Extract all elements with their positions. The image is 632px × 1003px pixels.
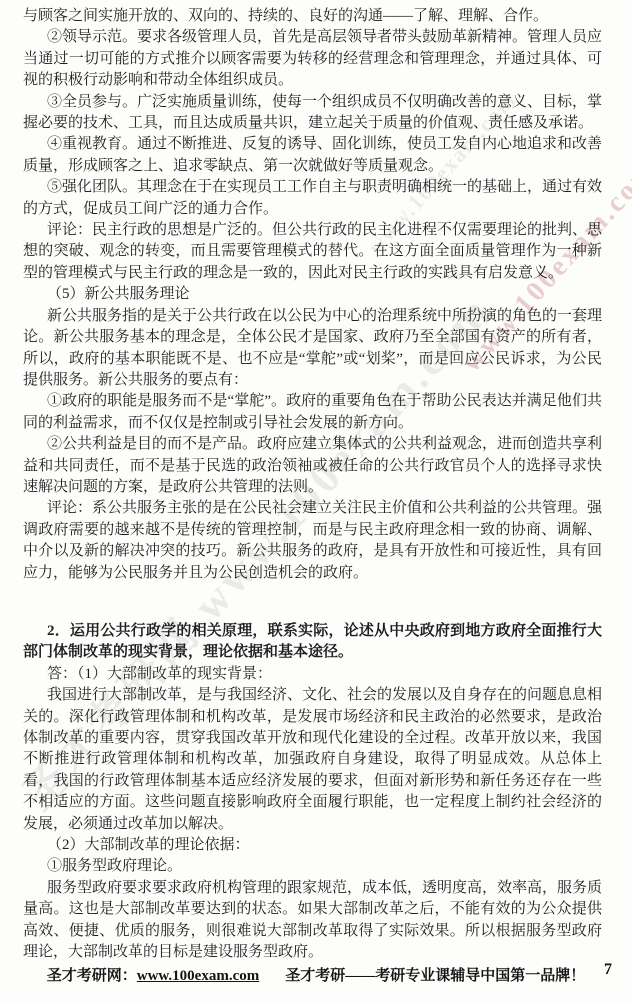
footer-site-url-link[interactable]: www.100exam.com — [137, 968, 259, 984]
document-page: 圣才考研网 www.100exam.com www.100exam.com ww… — [0, 0, 632, 1003]
question-2-heading: 2．运用公共行政学的相关原理，联系实际，论述从中央政府到地方政府全面推行大部门体… — [23, 621, 602, 664]
body-paragraph: ①服务型政府理论。 — [23, 856, 602, 877]
body-paragraph: ④重视教育。通过不断推进、反复的诱导、固化训练，使员工发自内心地追求和改善质量，… — [23, 134, 602, 177]
body-paragraph: ②公共利益是目的而不是产品。政府应建立集体式的公共利益观念，进而创造共享利益和共… — [23, 434, 602, 498]
body-paragraph: 新公共服务指的是关于公共行政在以公民为中心的治理系统中所扮演的角色的一套理论。新… — [23, 306, 602, 392]
body-paragraph: ③全员参与。广泛实施质量训练，使每一个组织成员不仅明确改善的意义、目标，掌握必要… — [23, 92, 602, 135]
body-paragraph: 与顾客之间实施开放的、双向的、持续的、良好的沟通——了解、理解、合作。 — [23, 6, 602, 27]
body-paragraph: ①政府的职能是服务而不是“掌舵”。政府的重要角色在于帮助公民表达并满足他们共同的… — [23, 391, 602, 434]
body-paragraph: 我国进行大部制改革，是与我国经济、文化、社会的发展以及自身存在的问题息息相关的。… — [23, 685, 602, 835]
section-heading: （2）大部制改革的理论依据： — [23, 835, 602, 856]
comment-paragraph: 评论：系公共服务主张的是在公民社会建立关注民主价值和公共利益的公共管理。强调政府… — [23, 498, 602, 584]
comment-paragraph: 评论：民主行政的思想是广泛的。但公共行政的民主化进程不仅需要理论的批判、思想的突… — [23, 220, 602, 284]
page-number: 7 — [604, 961, 612, 979]
body-paragraph: 服务型政府要求要求政府机构管理的跟家规范，成本低，透明度高，效率高，服务质量高。… — [23, 878, 602, 964]
body-paragraph: ⑤强化团队。其理念在于在实现员工工作自主与职责明确相统一的基础上，通过有效的方式… — [23, 177, 602, 220]
answer-lead-paragraph: 答：（1）大部制改革的现实背景： — [23, 664, 602, 685]
body-paragraph: ②领导示范。要求各级管理人员，首先是高层领导者带头鼓励革新精神。管理人员应当通过… — [23, 27, 602, 91]
footer-slogan: 圣才考研——考研专业课辅导中国第一品牌！ — [285, 964, 585, 985]
page-content: 与顾客之间实施开放的、双向的、持续的、良好的沟通——了解、理解、合作。 ②领导示… — [23, 6, 602, 963]
section-heading: （5）新公共服务理论 — [23, 284, 602, 305]
footer: 圣才考研网：www.100exam.com 圣才考研——考研专业课辅导中国第一品… — [0, 961, 632, 987]
footer-site: 圣才考研网：www.100exam.com — [47, 964, 260, 985]
footer-site-label: 圣才考研网： — [47, 968, 137, 984]
